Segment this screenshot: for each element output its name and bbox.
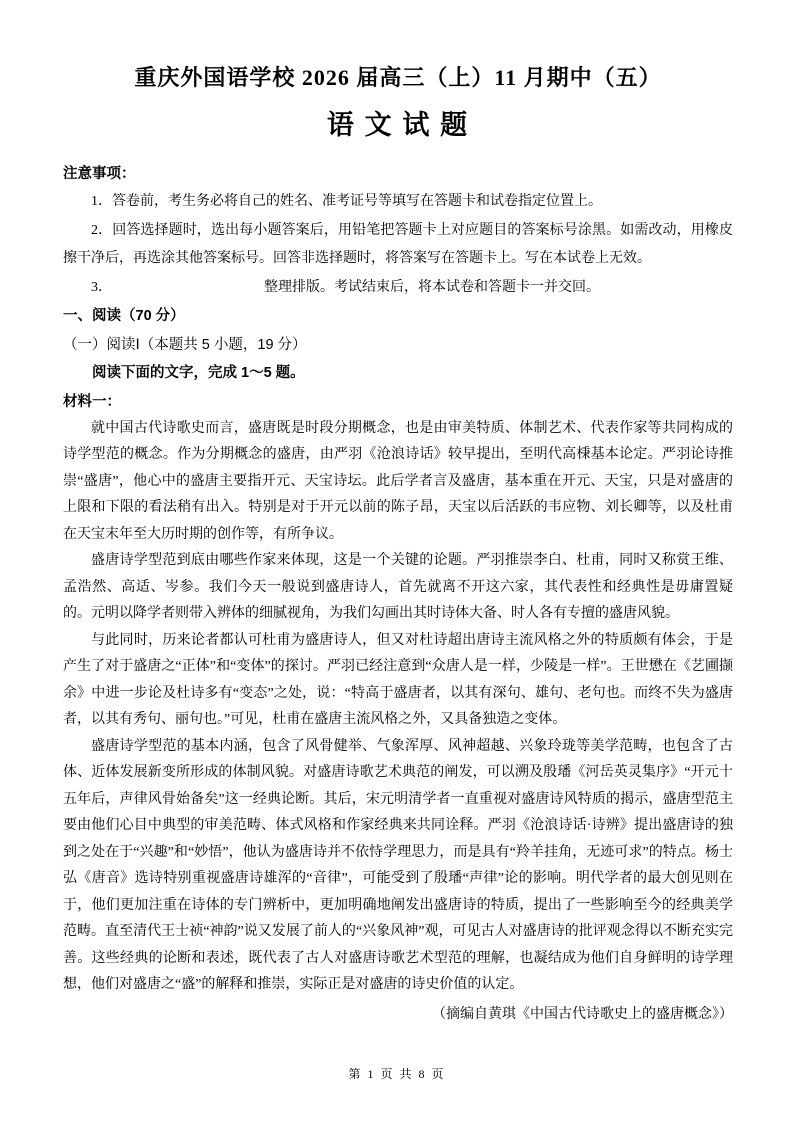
material-one-label: 材料一： — [63, 388, 733, 416]
notice-item-3: 3．整理排版。考试结束后，将本试卷和答题卡一并交回。 — [63, 274, 733, 303]
page-title: 重庆外国语学校 2026 届高三（上）11 月期中（五） — [63, 62, 733, 94]
source-attribution: （摘编自黄琪《中国古代诗歌史上的盛唐概念》） — [63, 1001, 733, 1028]
notice-item-3-number: 3． — [91, 280, 112, 295]
page-number-footer: 第 1 页 共 8 页 — [0, 1066, 794, 1082]
notice-item-3-text: 整理排版。考试结束后，将本试卷和答题卡一并交回。 — [264, 280, 600, 295]
redacted-blank-space — [112, 290, 264, 291]
exam-paper-page: 重庆外国语学校 2026 届高三（上）11 月期中（五） 语 文 试 题 注意事… — [0, 0, 794, 1122]
material-paragraph: 就中国古代诗歌史而言，盛唐既是时段分期概念，也是由审美特质、体制艺术、代表作家等… — [63, 416, 733, 549]
notice-section: 注意事项： 1．答卷前，考生务必将自己的姓名、准考证号等填写在答题卡和试卷指定位… — [63, 160, 733, 302]
section-heading-reading: 一、阅读（70 分） — [63, 302, 733, 331]
notice-item-1: 1．答卷前，考生务必将自己的姓名、准考证号等填写在答题卡和试卷指定位置上。 — [63, 188, 733, 217]
material-one-body: 就中国古代诗歌史而言，盛唐既是时段分期概念，也是由审美特质、体制艺术、代表作家等… — [63, 416, 733, 999]
part-heading-reading-1: （一）阅读Ⅰ（本题共 5 小题，19 分） — [63, 331, 733, 360]
material-paragraph: 与此同时，历来论者都认可杜甫为盛唐诗人，但又对杜诗超出唐诗主流风格之外的特质颇有… — [63, 628, 733, 734]
reading-instruction: 阅读下面的文字，完成 1～5 题。 — [63, 359, 733, 388]
notice-heading: 注意事项： — [63, 160, 733, 188]
material-paragraph: 盛唐诗学型范到底由哪些作家来体现，这是一个关键的论题。严羽推崇李白、杜甫，同时又… — [63, 548, 733, 628]
notice-item-2: 2．回答选择题时，选出每小题答案后，用铅笔把答题卡上对应题目的答案标号涂黑。如需… — [63, 217, 733, 274]
material-paragraph: 盛唐诗学型范的基本内涵，包含了风骨健举、气象浑厚、风神超越、兴象玲珑等美学范畴，… — [63, 734, 733, 999]
page-subtitle: 语 文 试 题 — [63, 106, 733, 144]
